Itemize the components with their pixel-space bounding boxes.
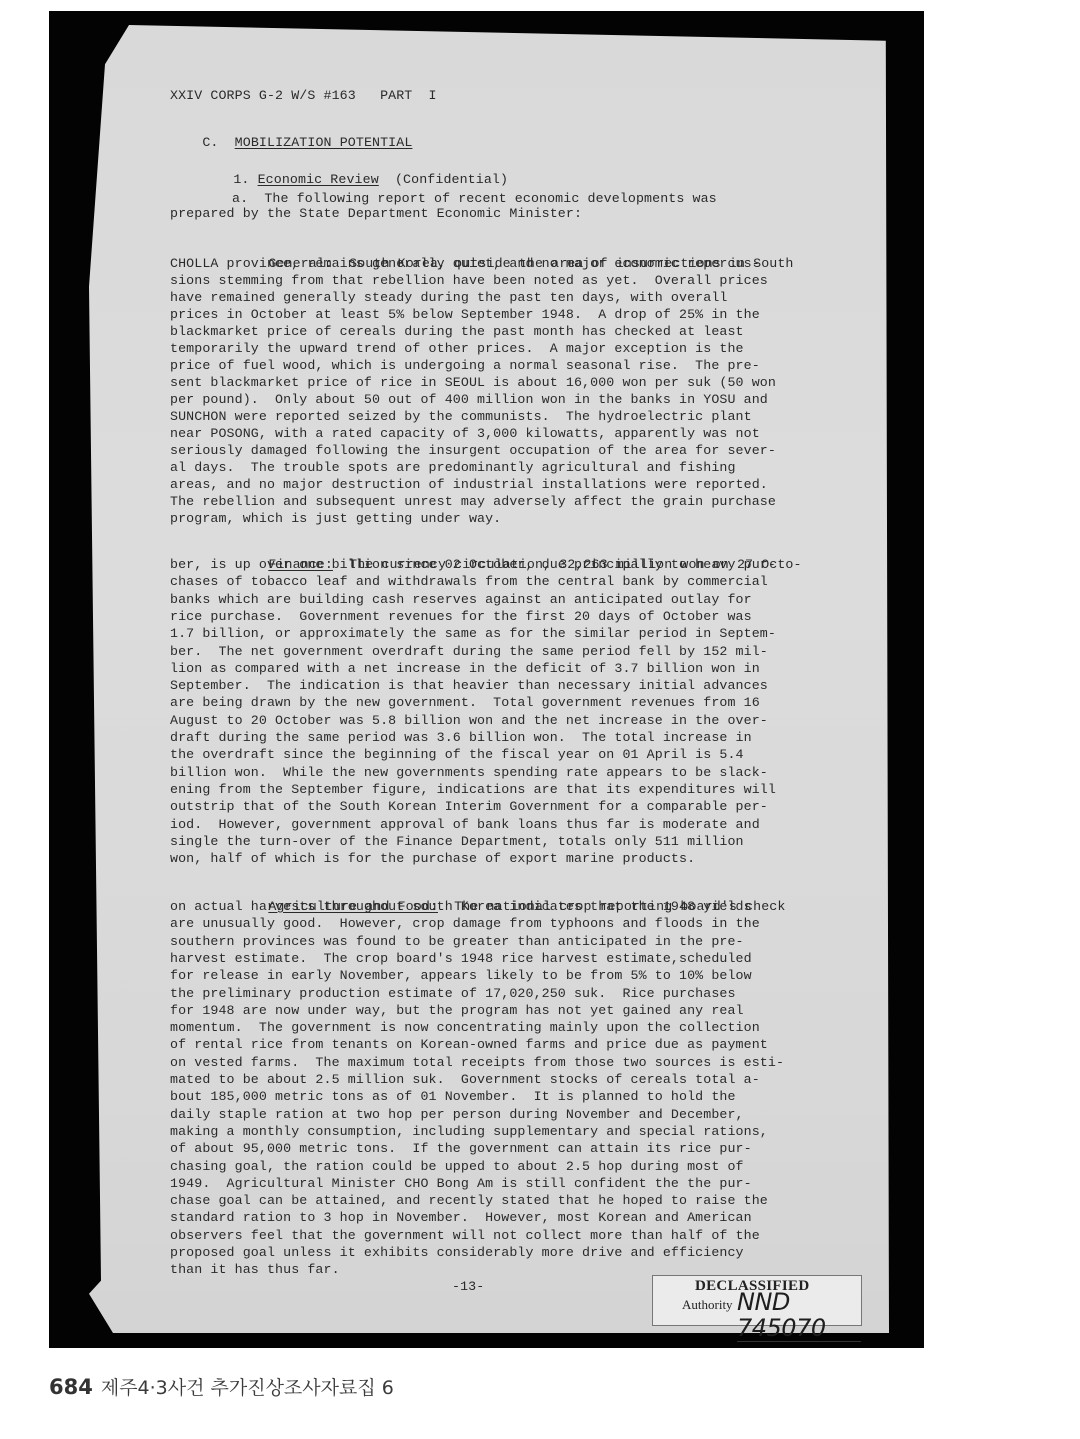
text-line: prices in October at least 5% below Sept… — [170, 307, 760, 323]
paragraph-agriculture-first: Agriculture and Food: The national crop … — [236, 883, 785, 899]
text-line: the overdraft since the beginning of the… — [170, 747, 744, 763]
text-line: September. The indication is that heavie… — [170, 678, 768, 694]
section-letter: C. — [202, 135, 218, 150]
text-line: momentum. The government is now concentr… — [170, 1020, 760, 1036]
text-line: the preliminary production estimate of 1… — [170, 986, 736, 1002]
text-line: proposed goal unless it exhibits conside… — [170, 1245, 744, 1261]
text-line: SUNCHON were reported seized by the comm… — [170, 409, 752, 425]
text-line: won, half of which is for the purchase o… — [170, 851, 695, 867]
text-line: southern provinces was found to be great… — [170, 934, 744, 950]
text-line: are being drawn by the new government. T… — [170, 695, 760, 711]
text-line: than it has thus far. — [170, 1262, 340, 1278]
text-line: of rental rice from tenants on Korean-ow… — [170, 1037, 768, 1053]
intro-line: prepared by the State Department Economi… — [170, 206, 582, 222]
text-line: have remained generally steady during th… — [170, 290, 727, 306]
text-line: for release in early November, appears l… — [170, 968, 752, 984]
text-line: 1.7 billion, or approximately the same a… — [170, 626, 776, 642]
text-line: ber, is up over one billion since 02 Oct… — [170, 557, 776, 573]
text-line: near POSONG, with a rated capacity of 3,… — [170, 426, 760, 442]
book-page-number: 684 — [49, 1375, 93, 1399]
text-line: August to 20 October was 5.8 billion won… — [170, 713, 768, 729]
stamp-authority-label: Authority — [682, 1297, 733, 1313]
text-line: blackmarket price of cereals during the … — [170, 324, 744, 340]
text-line: observers feel that the government will … — [170, 1228, 760, 1244]
text-line: draft during the same period was 3.6 bil… — [170, 730, 752, 746]
text-line: chase goal can be attained, and recently… — [170, 1193, 768, 1209]
book-footer: 684제주4·3사건 추가진상조사자료집 6 — [49, 1373, 394, 1400]
document-header: XXIV CORPS G-2 W/S #163 PART I — [170, 88, 437, 104]
text-line: chases of tobacco leaf and withdrawals f… — [170, 574, 768, 590]
text-line: of about 95,000 metric tons. If the gove… — [170, 1141, 752, 1157]
text-line: on actual harvests throughout south Kore… — [170, 899, 752, 915]
text-line: per pound). Only about 50 out of 400 mil… — [170, 392, 768, 408]
text-line: standard ration to 3 hop in November. Ho… — [170, 1210, 752, 1226]
paragraph-finance-first: Finance: The currency circulation, 32,26… — [236, 541, 802, 557]
page-number: -13- — [452, 1279, 484, 1295]
text-line: chasing goal, the ration could be upped … — [170, 1159, 744, 1175]
text-line: making a monthly consumption, including … — [170, 1124, 768, 1140]
text-line: CHOLLA province, remains generally quiet… — [170, 256, 760, 272]
text-line: are unusually good. However, crop damage… — [170, 916, 760, 932]
intro-line: a. The following report of recent econom… — [232, 191, 717, 207]
text-line: on vested farms. The maximum total recei… — [170, 1055, 784, 1071]
text-line: ening from the September figure, indicat… — [170, 782, 776, 798]
declassified-stamp: DECLASSIFIED Authority NND 745070 — [652, 1275, 862, 1326]
text-line: ber. The net government overdraft during… — [170, 644, 768, 660]
book-title: 제주4·3사건 추가진상조사자료집 6 — [101, 1377, 394, 1399]
text-line: areas, and no major destruction of indus… — [170, 477, 768, 493]
text-line: mated to be about 2.5 million suk. Gover… — [170, 1072, 760, 1088]
section-heading: C. MOBILIZATION POTENTIAL — [170, 119, 412, 135]
text-line: banks which are building cash reserves a… — [170, 592, 752, 608]
text-line: iod. However, government approval of ban… — [170, 817, 760, 833]
text-line: daily staple ration at two hop per perso… — [170, 1107, 744, 1123]
subsection-heading: 1. Economic Review (Confidential) — [201, 156, 508, 172]
text-line: program, which is just getting under way… — [170, 511, 501, 527]
text-line: seriously damaged following the insurgen… — [170, 443, 776, 459]
section-title: MOBILIZATION POTENTIAL — [235, 135, 413, 150]
text-line: lion as compared with a net increase in … — [170, 661, 760, 677]
subsection-classification: (Confidential) — [395, 172, 508, 187]
text-line: The rebellion and subsequent unrest may … — [170, 494, 776, 510]
subsection-number: 1. — [233, 172, 249, 187]
text-line: temporarily the upward trend of other pr… — [170, 341, 744, 357]
document-body: XXIV CORPS G-2 W/S #163 PART I C. MOBILI… — [0, 0, 1080, 1350]
text-line: bout 185,000 metric tons as of 01 Novemb… — [170, 1089, 736, 1105]
text-line: price of fuel wood, which is undergoing … — [170, 358, 760, 374]
text-line: billion won. While the new governments s… — [170, 765, 768, 781]
text-line: 1949. Agricultural Minister CHO Bong Am … — [170, 1176, 752, 1192]
subsection-title: Economic Review — [258, 172, 379, 187]
text-line: single the turn-over of the Finance Depa… — [170, 834, 744, 850]
text-line: for 1948 are now under way, but the prog… — [170, 1003, 744, 1019]
text-line: sions stemming from that rebellion have … — [170, 273, 768, 289]
text-line: harvest estimate. The crop board's 1948 … — [170, 951, 752, 967]
stamp-authority-value: NND 745070 — [737, 1289, 861, 1342]
text-line: sent blackmarket price of rice in SEOUL … — [170, 375, 776, 391]
text-line: al days. The trouble spots are predomina… — [170, 460, 736, 476]
text-line: rice purchase. Government revenues for t… — [170, 609, 752, 625]
paragraph-general-first: General: South Korea, outside the area o… — [236, 240, 794, 256]
text-line: outstrip that of the South Korean Interi… — [170, 799, 768, 815]
